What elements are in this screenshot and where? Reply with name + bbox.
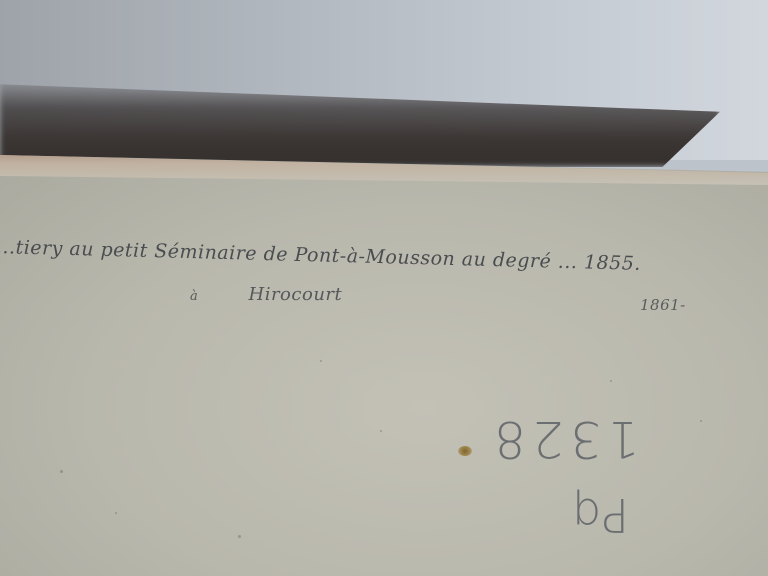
inscription-line-2: à Hirocourt	[190, 284, 342, 305]
paper-speck	[380, 430, 382, 432]
inscription-preposition: à	[190, 289, 198, 304]
pencil-code: Pq	[572, 488, 629, 542]
pencil-number: 1328	[488, 410, 639, 468]
inscription-date: 1861-	[640, 296, 686, 314]
paper-speck	[700, 420, 702, 422]
paper-speck	[238, 535, 241, 538]
paper-speck	[60, 470, 63, 473]
paper-speck	[320, 360, 322, 362]
paper-speck	[115, 512, 117, 514]
paper-speck	[610, 380, 612, 382]
rust-stain	[458, 446, 472, 456]
inscription-place: Hirocourt	[249, 284, 343, 305]
